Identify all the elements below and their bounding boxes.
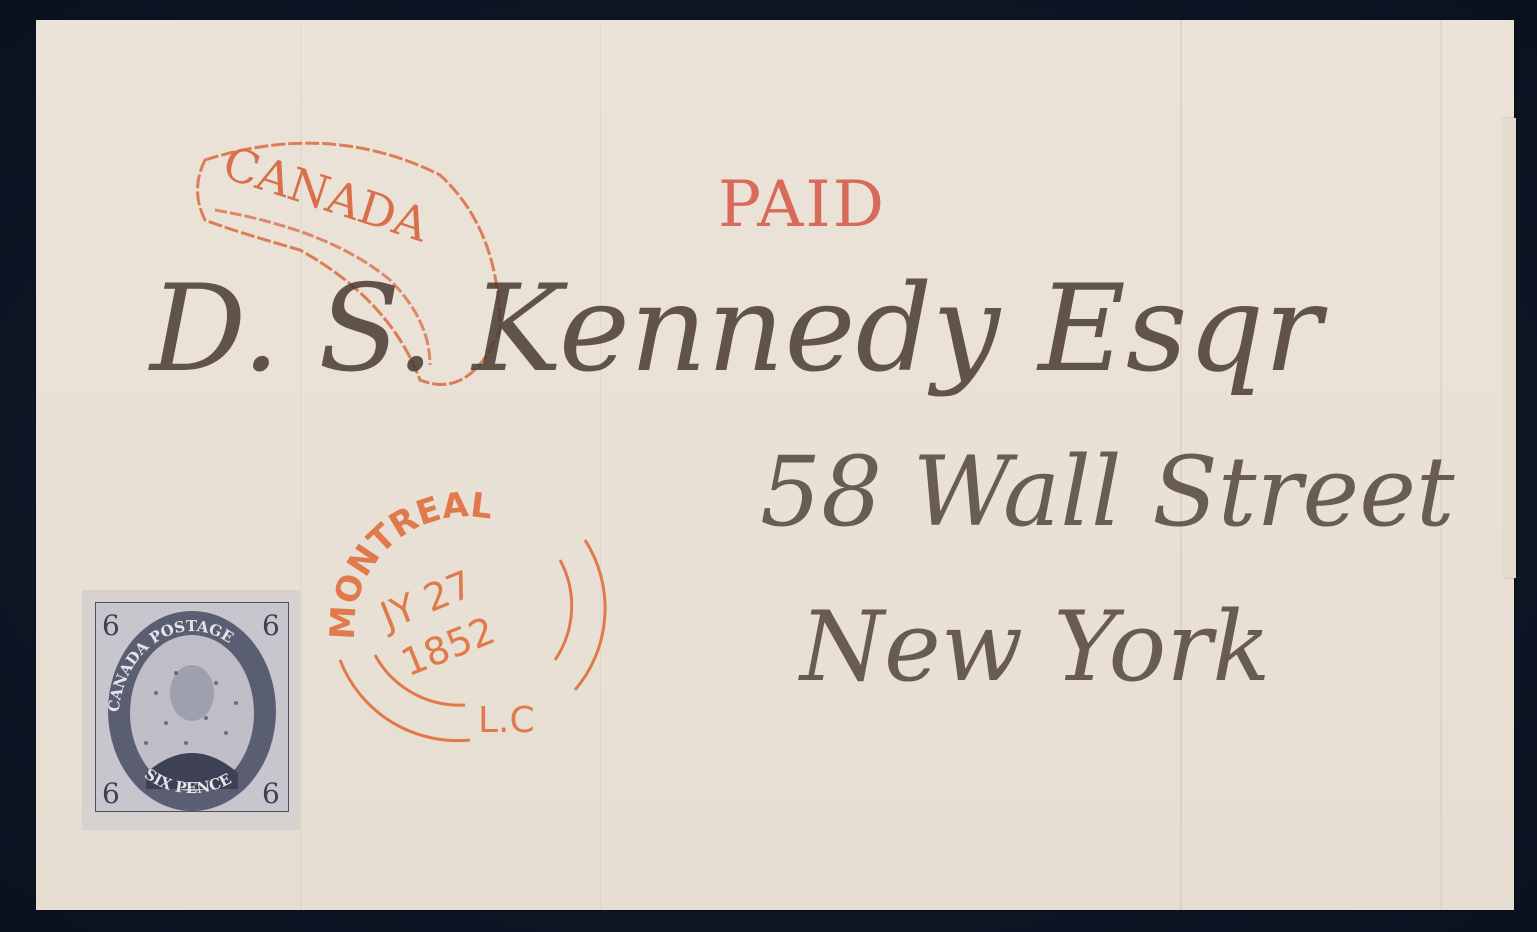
six-pence-stamp: CANADA POSTAGE SIX PENCE 6 6 6 6: [82, 590, 300, 830]
address-line-3: New York: [798, 591, 1270, 703]
address-line-1: D. S. Kennedy Esqr: [148, 260, 1328, 399]
stamp-corner-value: 6: [102, 777, 120, 810]
stamp-corner-value: 6: [102, 609, 120, 642]
stamp-artwork: CANADA POSTAGE SIX PENCE 6 6 6 6: [96, 603, 288, 811]
stamp-corner-value: 6: [262, 777, 280, 810]
paid-handstamp: PAID: [718, 168, 886, 242]
postmark-region: L.C: [478, 700, 535, 741]
address-line-2: 58 Wall Street: [760, 436, 1455, 548]
stamp-design: CANADA POSTAGE SIX PENCE 6 6 6 6: [95, 602, 289, 812]
stamp-corner-value: 6: [262, 609, 280, 642]
montreal-postmark: MONTREAL JY 27 1852 L.C: [323, 485, 605, 741]
